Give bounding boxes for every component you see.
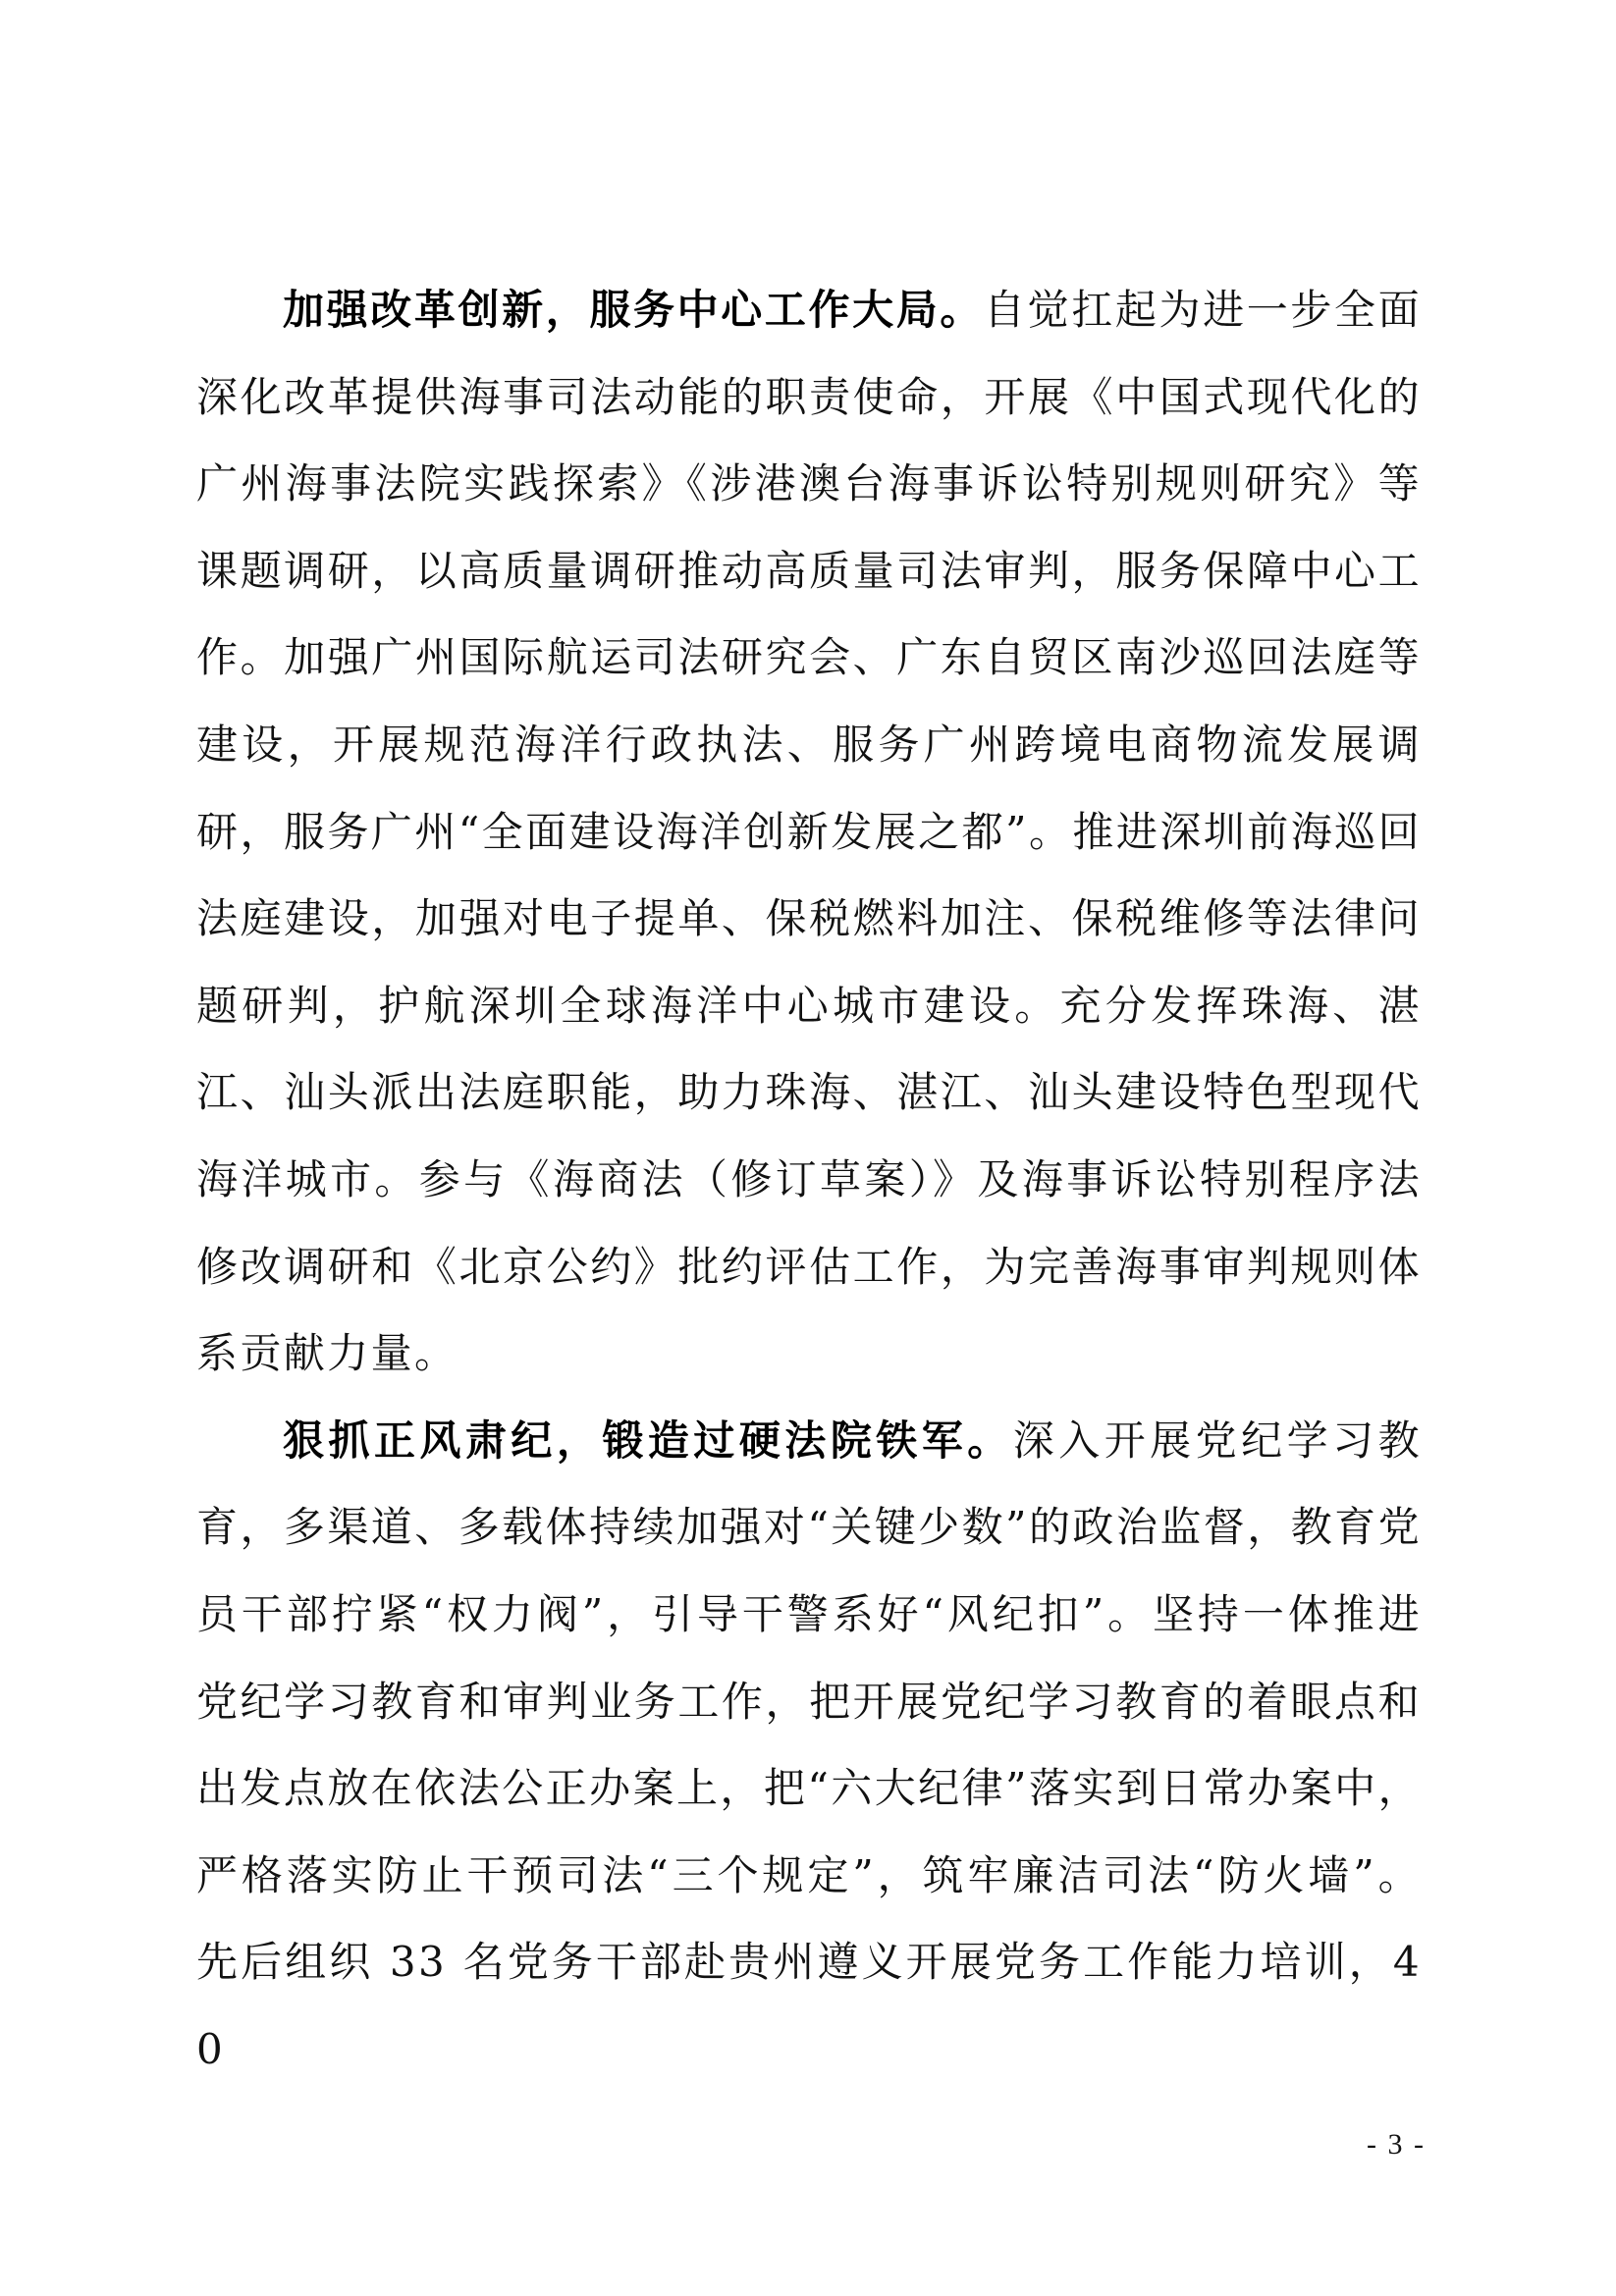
paragraph-discipline: 狠抓正风肃纪，锻造过硬法院铁军。深入开展党纪学习教育，多渠道、多载体持续加强对“…: [196, 1398, 1422, 2094]
paragraph-heading: 加强改革创新，服务中心工作大局。: [283, 286, 984, 334]
paragraph-heading: 狠抓正风肃纪，锻造过硬法院铁军。: [283, 1416, 1013, 1465]
document-page: 加强改革创新，服务中心工作大局。自觉扛起为进一步全面深化改革提供海事司法动能的职…: [196, 267, 1422, 2093]
page-number: - 3 -: [1367, 2128, 1426, 2162]
paragraph-reform-innovation: 加强改革创新，服务中心工作大局。自觉扛起为进一步全面深化改革提供海事司法动能的职…: [196, 267, 1422, 1398]
paragraph-body: 深入开展党纪学习教育，多渠道、多载体持续加强对“关键少数”的政治监督，教育党员干…: [196, 1416, 1422, 2073]
paragraph-body: 自觉扛起为进一步全面深化改革提供海事司法动能的职责使命，开展《中国式现代化的广州…: [196, 286, 1422, 1377]
